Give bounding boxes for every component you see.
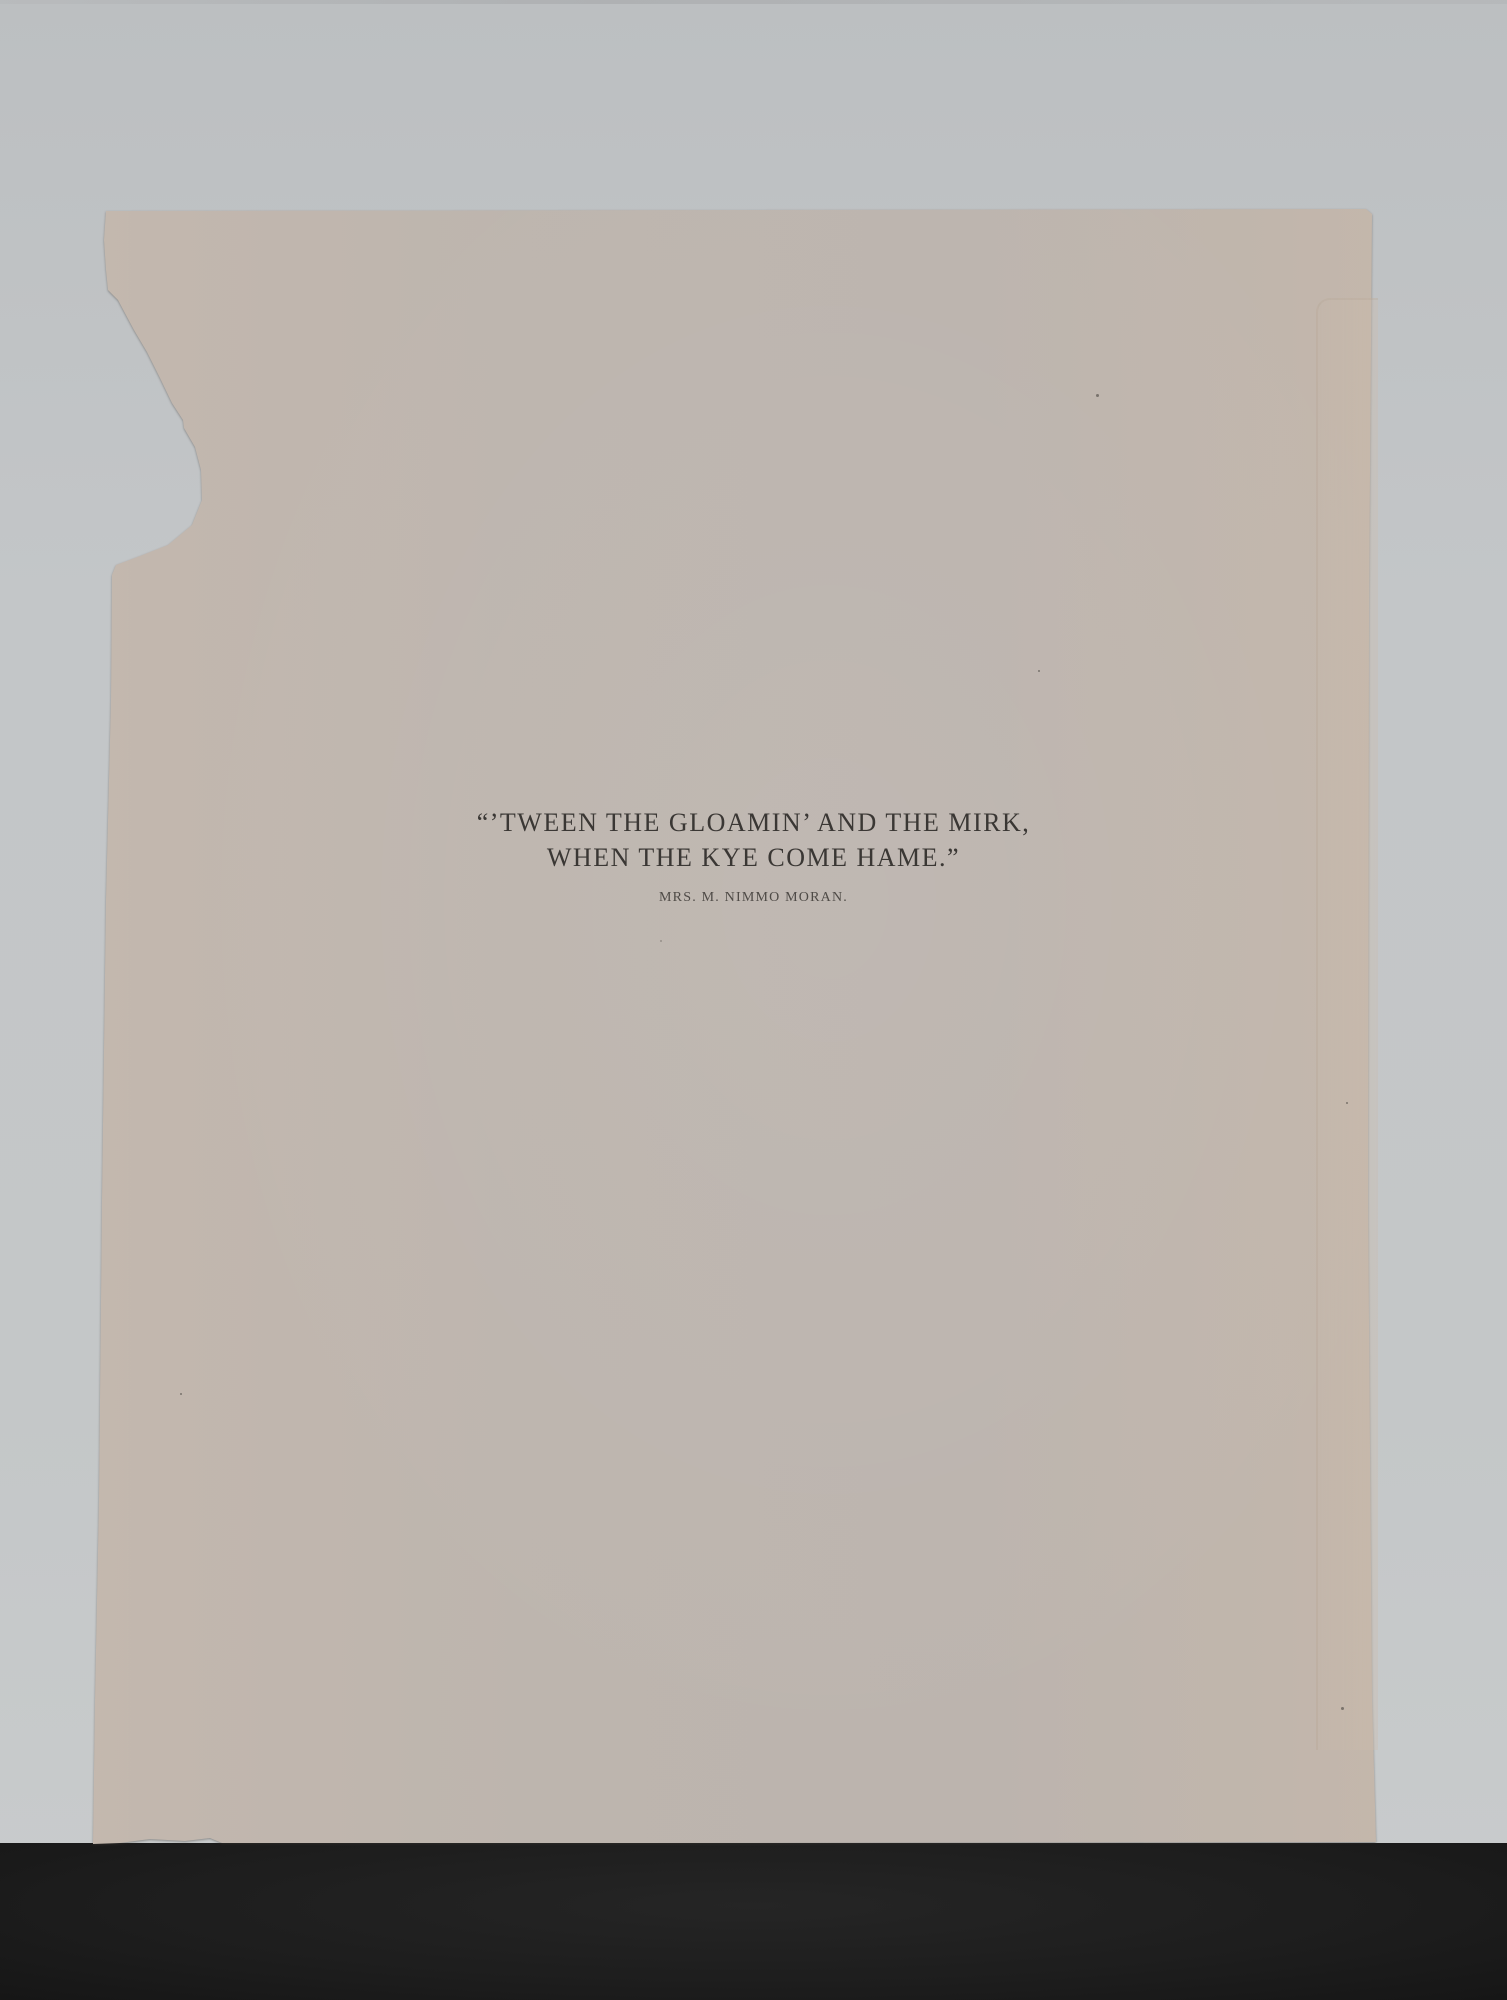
paper-speck [1096,394,1099,397]
caption-quote-line-2: WHEN THE KYE COME HAME.” [0,841,1507,875]
caption-quote-line-1: “’TWEEN THE GLOAMIN’ AND THE MIRK, [0,806,1507,840]
paper-speck [1038,670,1040,672]
paper-speck [180,1393,182,1395]
caption-attribution: MRS. M. NIMMO MORAN. [0,890,1507,906]
paper-sheet-shadow [0,0,1507,2000]
paper-speck [660,940,662,942]
paper-speck [1346,1102,1348,1104]
paper-sheet [0,0,1507,2000]
plate-mark-impression [1316,298,1378,1750]
paper-speck [1341,1707,1344,1710]
